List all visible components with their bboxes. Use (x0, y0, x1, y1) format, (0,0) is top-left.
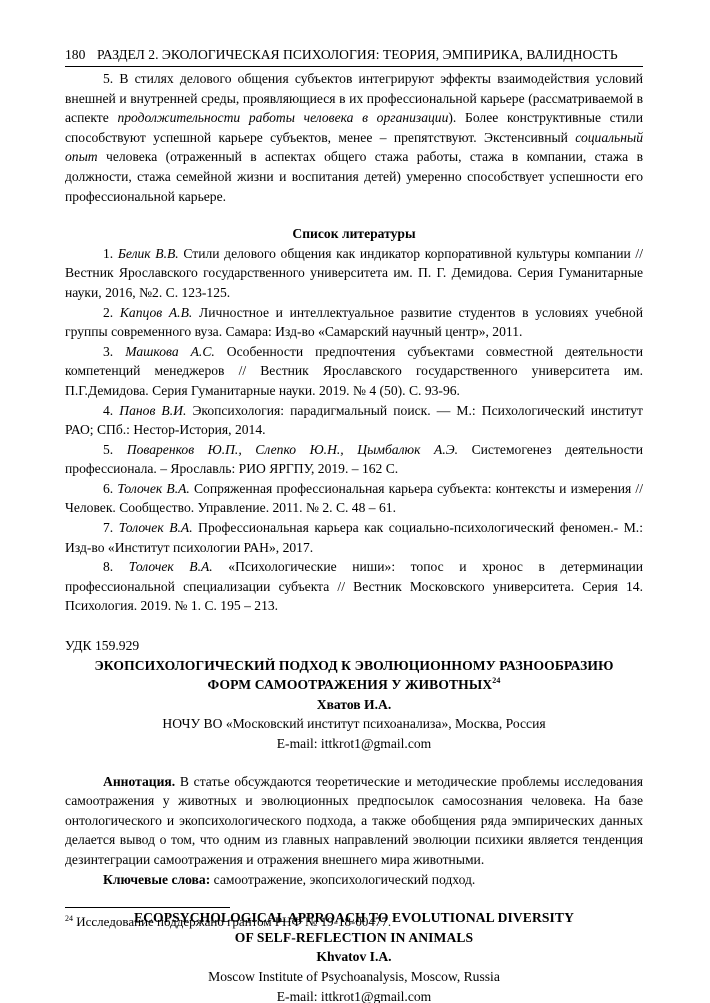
section-title: РАЗДЕЛ 2. ЭКОЛОГИЧЕСКАЯ ПСИХОЛОГИЯ: ТЕОР… (97, 46, 618, 64)
page-number: 180 (65, 46, 97, 64)
abstract: Аннотация. В статье обсуждаются теоретич… (65, 772, 643, 870)
english-affiliation: Moscow Institute of Psychoanalysis, Mosc… (65, 967, 643, 987)
reference-number: 1. (103, 246, 113, 261)
reference-item: 4. Панов В.И. Экопсихология: парадигмаль… (65, 401, 643, 440)
abstract-label: Аннотация. (103, 774, 175, 789)
conclusion-paragraph: 5. В стилях делового общения субъектов и… (65, 69, 643, 206)
reference-number: 2. (103, 305, 113, 320)
reference-item: 6. Толочек В.А. Сопряженная профессионал… (65, 479, 643, 518)
reference-number: 8. (103, 559, 113, 574)
reference-author: Толочек В.А. (119, 520, 193, 535)
reference-item: 1. Белик В.В. Стили делового общения как… (65, 244, 643, 303)
article-title-line: ЭКОПСИХОЛОГИЧЕСКИЙ ПОДХОД К ЭВОЛЮЦИОННОМ… (65, 656, 643, 676)
keywords: Ключевые слова: самоотражение, экопсихол… (65, 870, 643, 890)
reference-number: 7. (103, 520, 113, 535)
reference-item: 3. Машкова А.С. Особенности предпочтения… (65, 342, 643, 401)
article-affiliation: НОЧУ ВО «Московский институт психоанализ… (65, 714, 643, 734)
reference-author: Поваренков Ю.П., Слепко Ю.Н., Цымбалюк А… (127, 442, 458, 457)
reference-number: 3. (103, 344, 113, 359)
footnote-text: Исследование поддержано грантом РНФ № 19… (73, 914, 391, 929)
english-email: E-mail: ittkrot1@gmail.com (65, 987, 643, 1003)
footnote-separator (65, 907, 230, 908)
reference-item: 7. Толочек В.А. Профессиональная карьера… (65, 518, 643, 557)
article-title-line: ФОРМ САМООТРАЖЕНИЯ У ЖИВОТНЫХ24 (65, 675, 643, 695)
italic-run: продолжительности работы человека в орга… (117, 110, 448, 125)
running-head: 180 РАЗДЕЛ 2. ЭКОЛОГИЧЕСКАЯ ПСИХОЛОГИЯ: … (65, 46, 643, 67)
article-title: ЭКОПСИХОЛОГИЧЕСКИЙ ПОДХОД К ЭВОЛЮЦИОННОМ… (65, 656, 643, 695)
article-author: Хватов И.А. (65, 695, 643, 715)
footnote-number: 24 (65, 914, 73, 923)
page-body: 180 РАЗДЕЛ 2. ЭКОЛОГИЧЕСКАЯ ПСИХОЛОГИЯ: … (65, 46, 643, 1003)
reference-item: 8. Толочек В.А. «Психологические ниши»: … (65, 557, 643, 616)
text-run: человека (отраженный в аспектах общего с… (65, 149, 643, 203)
reference-author: Толочек В.А. (129, 559, 213, 574)
reference-author: Капцов А.В. (120, 305, 192, 320)
footnote: 24 Исследование поддержано грантом РНФ №… (65, 913, 391, 931)
udk-code: УДК 159.929 (65, 636, 643, 656)
reference-item: 2. Капцов А.В. Личностное и интеллектуал… (65, 303, 643, 342)
reference-number: 6. (103, 481, 113, 496)
reference-author: Машкова А.С. (125, 344, 215, 359)
english-author: Khvatov I.A. (65, 947, 643, 967)
reference-author: Белик В.В. (118, 246, 179, 261)
reference-author: Толочек В.А. (117, 481, 189, 496)
references-heading: Список литературы (65, 224, 643, 244)
reference-author: Панов В.И. (119, 403, 186, 418)
keywords-label: Ключевые слова: (103, 872, 210, 887)
article-email: E-mail: ittkrot1@gmail.com (65, 734, 643, 754)
reference-number: 5. (103, 442, 113, 457)
reference-item: 5. Поваренков Ю.П., Слепко Ю.Н., Цымбалю… (65, 440, 643, 479)
footnote-marker[interactable]: 24 (492, 676, 500, 685)
references-list: 1. Белик В.В. Стили делового общения как… (65, 244, 643, 616)
reference-number: 4. (103, 403, 113, 418)
keywords-text: самоотражение, экопсихологический подход… (210, 872, 475, 887)
